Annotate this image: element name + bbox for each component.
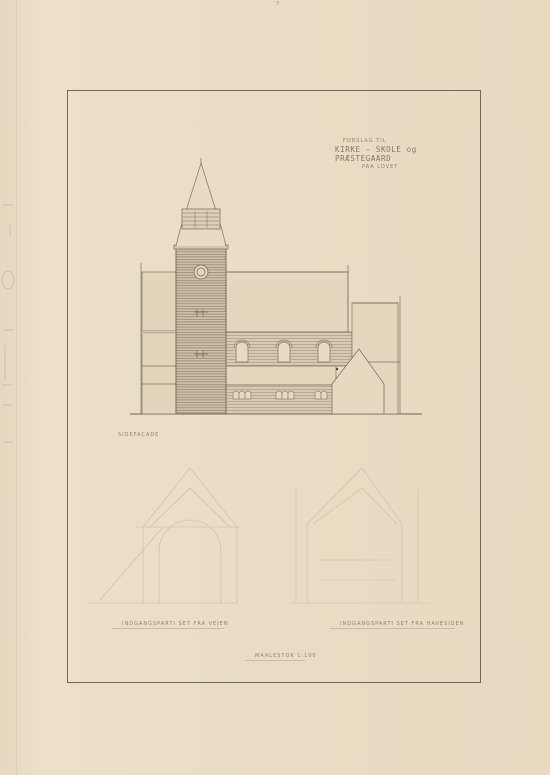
entrance-sketch-road-side — [88, 468, 240, 603]
main-elevation-label: SIDEFACADE — [118, 432, 159, 438]
label-underline — [330, 628, 455, 629]
drawing-sheet: 7 FORSLAG TIL KIRKE - SKOLE og PRÆSTEGAA… — [0, 0, 550, 775]
lower-left-drawing-label: INDGANGSPARTI SET FRA VEJEN — [122, 621, 229, 627]
scale-underline — [245, 660, 305, 661]
scale-label: MAALESTOK 1:100 — [255, 653, 317, 659]
entrance-sketch-garden-side — [290, 468, 430, 603]
lower-right-drawing-label: INDGANGSPARTI SET FRA HAVESIDEN — [340, 621, 464, 627]
label-underline — [112, 628, 224, 629]
